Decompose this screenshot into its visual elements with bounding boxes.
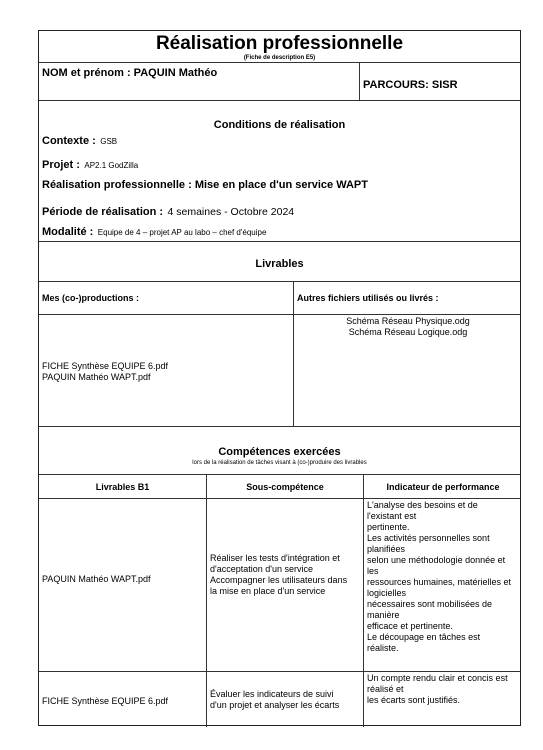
divider — [39, 426, 520, 427]
fiche-document: Réalisation professionnelle (Fiche de de… — [38, 30, 521, 726]
row2-indicateur: Un compte rendu clair et concis est réal… — [367, 673, 521, 706]
file-item: PAQUIN Mathéo WAPT.pdf — [42, 372, 168, 383]
column-header-indicateur: Indicateur de performance — [364, 482, 522, 492]
modalite-label: Modalité : — [42, 226, 93, 238]
divider — [39, 100, 520, 101]
periode-line: Période de réalisation : 4 semaines - Oc… — [42, 202, 294, 220]
competences-heading: Compétences exercées — [39, 446, 520, 458]
divider — [39, 314, 520, 315]
file-item: FICHE Synthèse EQUIPE 6.pdf — [42, 361, 168, 372]
parcours-label: PARCOURS: SISR — [363, 79, 458, 91]
periode-label: Période de réalisation : — [42, 206, 163, 218]
page-title: Réalisation professionnelle — [39, 33, 520, 55]
divider — [363, 474, 364, 727]
projet-label: Projet : — [42, 159, 80, 171]
mes-productions-list: FICHE Synthèse EQUIPE 6.pdf PAQUIN Mathé… — [42, 361, 168, 383]
row1-indicateur: L'analyse des besoins et de l'existant e… — [367, 500, 521, 654]
divider — [39, 671, 520, 672]
row2-sous-competence: Évaluer les indicateurs de suivi d'un pr… — [210, 689, 339, 711]
autres-fichiers-list: Schéma Réseau Physique.odg Schéma Réseau… — [294, 316, 522, 338]
name-label: NOM et prénom : PAQUIN Mathéo — [42, 67, 217, 79]
row1-sous-competence: Réaliser les tests d'intégration et d'ac… — [210, 553, 347, 597]
projet-value: AP2.1 GodZilla — [84, 161, 138, 170]
divider — [293, 281, 294, 426]
row1-livrable: PAQUIN Mathéo WAPT.pdf — [42, 574, 151, 585]
conditions-heading: Conditions de réalisation — [39, 119, 520, 131]
mes-productions-label: Mes (co-)productions : — [42, 293, 139, 303]
contexte-value: GSB — [100, 137, 117, 146]
page-subtitle: (Fiche de description E5) — [39, 55, 520, 61]
divider — [206, 474, 207, 727]
row2-livrable: FICHE Synthèse EQUIPE 6.pdf — [42, 696, 168, 707]
realisation-label: Réalisation professionnelle : Mise en pl… — [42, 179, 368, 191]
modalite-value: Equipe de 4 – projet AP au labo – chef d… — [98, 228, 267, 237]
modalite-line: Modalité : Equipe de 4 – projet AP au la… — [42, 222, 266, 240]
column-header-livrables: Livrables B1 — [39, 482, 206, 492]
divider — [39, 62, 520, 63]
column-header-sous-competence: Sous-compétence — [207, 482, 363, 492]
divider — [39, 281, 520, 282]
file-item: Schéma Réseau Logique.odg — [294, 327, 522, 338]
divider — [359, 62, 360, 100]
divider — [39, 498, 520, 499]
contexte-label: Contexte : — [42, 135, 96, 147]
autres-fichiers-label: Autres fichiers utilisés ou livrés : — [297, 293, 439, 303]
competences-subheading: lors de la réalisation de tâches visant … — [39, 460, 520, 466]
divider — [39, 241, 520, 242]
projet-line: Projet : AP2.1 GodZilla — [42, 155, 138, 173]
livrables-heading: Livrables — [39, 258, 520, 270]
file-item: Schéma Réseau Physique.odg — [294, 316, 522, 327]
periode-value: 4 semaines - Octobre 2024 — [168, 206, 295, 218]
contexte-line: Contexte : GSB — [42, 131, 117, 149]
divider — [39, 474, 520, 475]
